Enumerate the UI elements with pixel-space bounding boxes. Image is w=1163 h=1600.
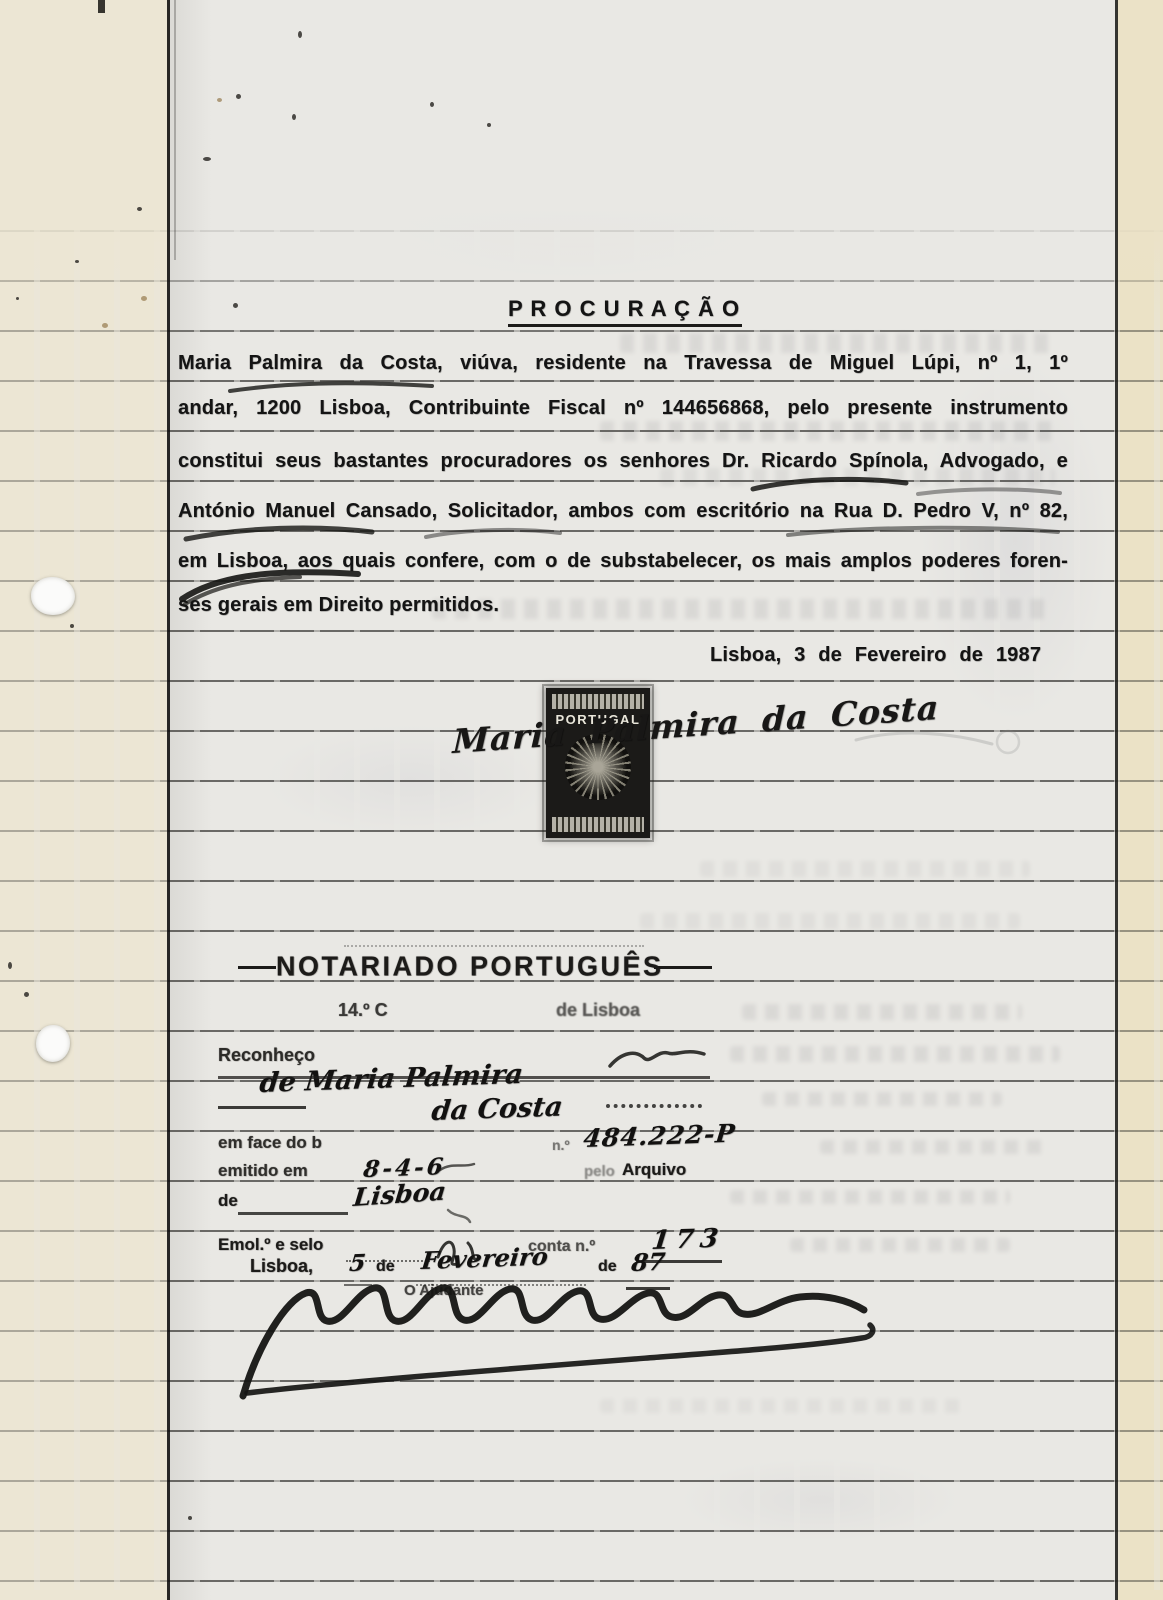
underline-swoosh (753, 479, 906, 489)
ink-speck (430, 102, 434, 107)
ink-speck (188, 1516, 192, 1520)
underline-swoosh (918, 489, 1060, 494)
rust-speck (141, 296, 147, 301)
underline-swoosh (182, 572, 358, 599)
handwriting-flourish (440, 1164, 474, 1170)
ink-speck (137, 207, 142, 211)
ink-speck (292, 114, 296, 120)
left-margin-line-echo (174, 0, 176, 260)
scanned-procuracao-page: P R O C U R A Ç Ã O Maria Palmira da Cos… (0, 0, 1163, 1600)
bleed-scribble (997, 731, 1019, 753)
ink-speck (8, 962, 12, 969)
underline-swoosh (426, 530, 560, 537)
ink-speck (75, 260, 79, 263)
underline-swoosh (186, 528, 372, 539)
left-margin-line (167, 0, 170, 1600)
punch-hole (31, 577, 75, 615)
ink-speck (70, 624, 74, 628)
handwriting-flourish (448, 1210, 470, 1222)
ink-speck (236, 94, 241, 99)
bleed-scribble (856, 733, 992, 744)
ink-speck (24, 992, 29, 997)
notary-word-squiggle (610, 1052, 704, 1066)
ink-speck (98, 0, 105, 13)
right-margin-line (1115, 0, 1118, 1600)
underline-swoosh (230, 383, 432, 391)
underline-swoosh (788, 528, 1058, 535)
ink-speck (487, 123, 491, 127)
ajudante-signature (243, 1288, 864, 1396)
rust-speck (217, 98, 222, 102)
ink-speck (16, 297, 19, 300)
ajudante-signature-flourish (247, 1325, 873, 1393)
ink-speck (298, 31, 302, 38)
punch-hole (36, 1025, 70, 1062)
fee-amount-squiggle (438, 1242, 477, 1264)
ink-speck (203, 157, 211, 161)
rust-speck (102, 323, 108, 328)
